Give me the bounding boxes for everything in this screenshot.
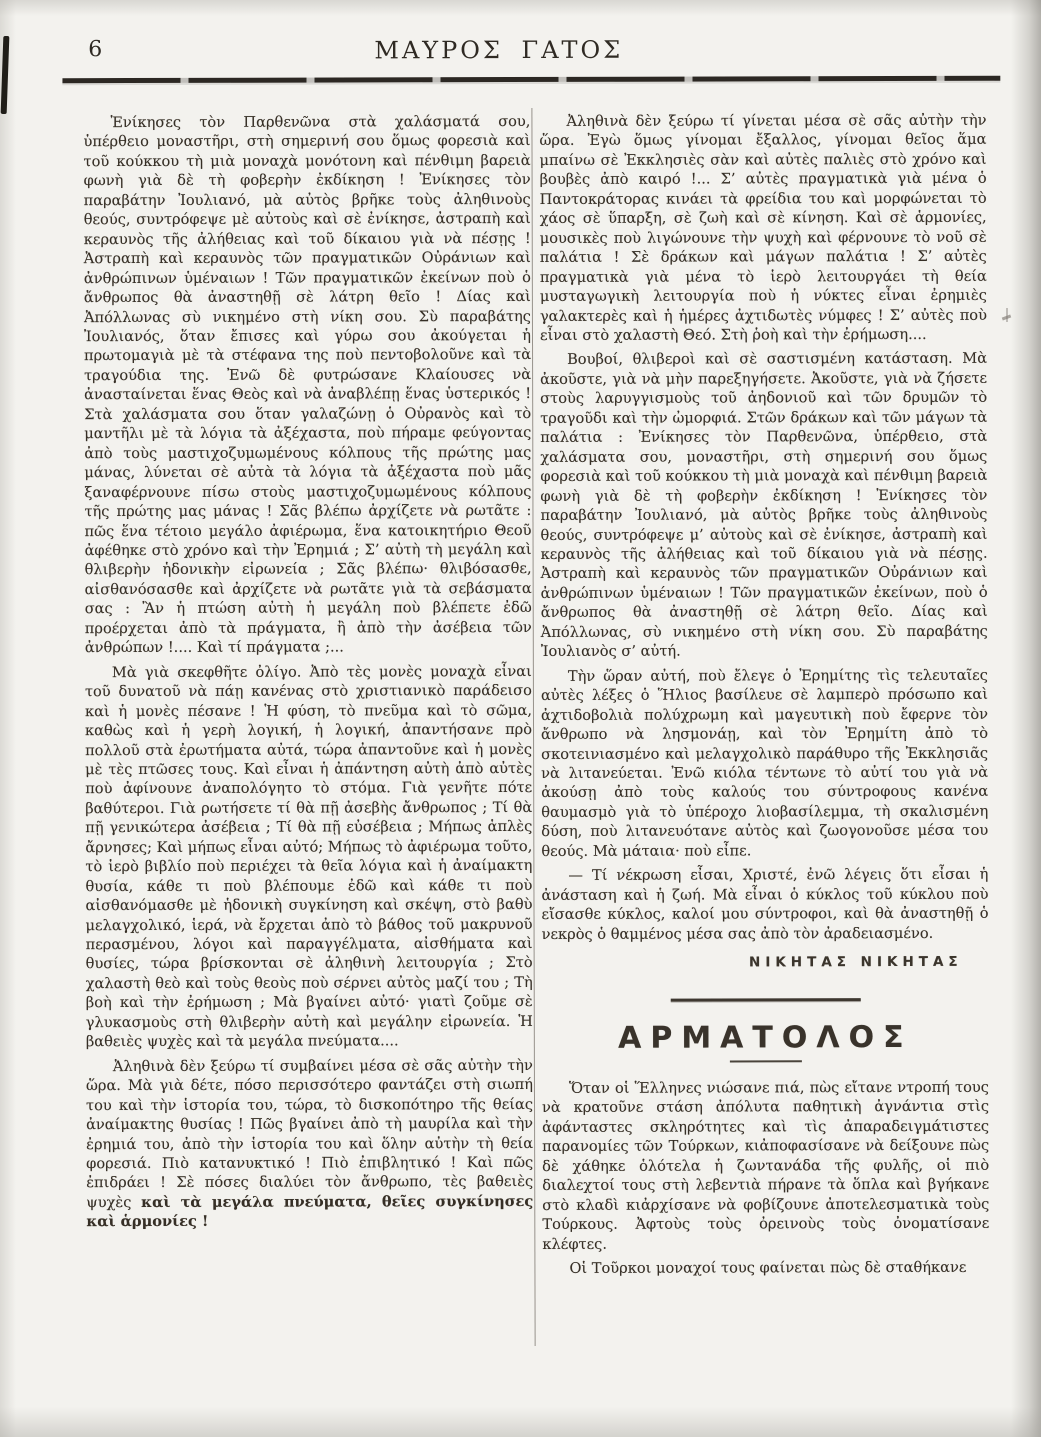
paragraph: Ἀληθινὰ δὲν ξεύρω τί γίνεται μέσα σὲ σᾶς… [539, 111, 987, 346]
article-title: ΑΡΜΑΤΟΛΟΣ [542, 1028, 989, 1049]
paragraph-bold-tail: καὶ τὰ μεγάλα πνεύματα, θεῖες συγκίνησες… [86, 1193, 533, 1231]
scan-edge-left [0, 0, 16, 1437]
paragraph: Ὅταν οἱ Ἕλληνες νιώσανε πιά, πὼς εἴτανε … [542, 1078, 989, 1254]
paragraph: Τὴν ὥραν αὐτή, ποὺ ἔλεγε ὁ Ἐρημίτης τὶς … [541, 665, 989, 861]
left-column: Ἐνίκησες τὸν Παρθενῶνα στὰ χαλάσματά σου… [83, 112, 533, 1232]
paragraph: Ἀληθινὰ δὲν ξεύρω τί συμβαίνει μέσα σὲ σ… [86, 1056, 533, 1232]
scanned-page: 6 ΜΑΥΡΟΣ ΓΑΤΟΣ Ἐνίκησες τὸν Παρθενῶνα στ… [0, 0, 1041, 1437]
section-divider-rule [670, 999, 860, 1002]
paragraph: Βουβοί, θλιβεροὶ καὶ σὲ σαστισμένη κατάσ… [540, 349, 988, 661]
author-signature: ΝΙΚΗΤΑΣ ΝΙΚΗΤΑΣ [542, 953, 989, 974]
scan-edge-shadow-right [1011, 0, 1041, 1437]
paragraph: — Τί νέκρωση εἶσαι, Χριστέ, ἐνῶ λέγεις ὅ… [541, 865, 988, 944]
paragraph: Μὰ γιὰ σκεφθῆτε ὀλίγο. Ἀπὸ τὲς μονὲς μον… [85, 662, 533, 1052]
right-column: Ἀληθινὰ δὲν ξεύρω τί γίνεται μέσα σὲ σᾶς… [539, 111, 989, 1279]
masthead-title: ΜΑΥΡΟΣ ΓΑΤΟΣ [0, 35, 999, 66]
scan-edge-shadow-bottom [0, 1407, 1041, 1437]
scan-edge-top [0, 0, 1041, 16]
paragraph: Οἱ Τοῦρκοι μοναχοί τους φαίνεται πὼς δὲ … [542, 1258, 989, 1279]
paragraph: Ἐνίκησες τὸν Παρθενῶνα στὰ χαλάσματά σου… [83, 112, 531, 658]
scan-speck [1006, 308, 1008, 322]
header-rule [62, 76, 1000, 83]
paragraph-text: Ἀληθινὰ δὲν ξεύρω τί συμβαίνει μέσα σὲ σ… [86, 1057, 533, 1211]
article-title-rule [729, 1060, 801, 1062]
